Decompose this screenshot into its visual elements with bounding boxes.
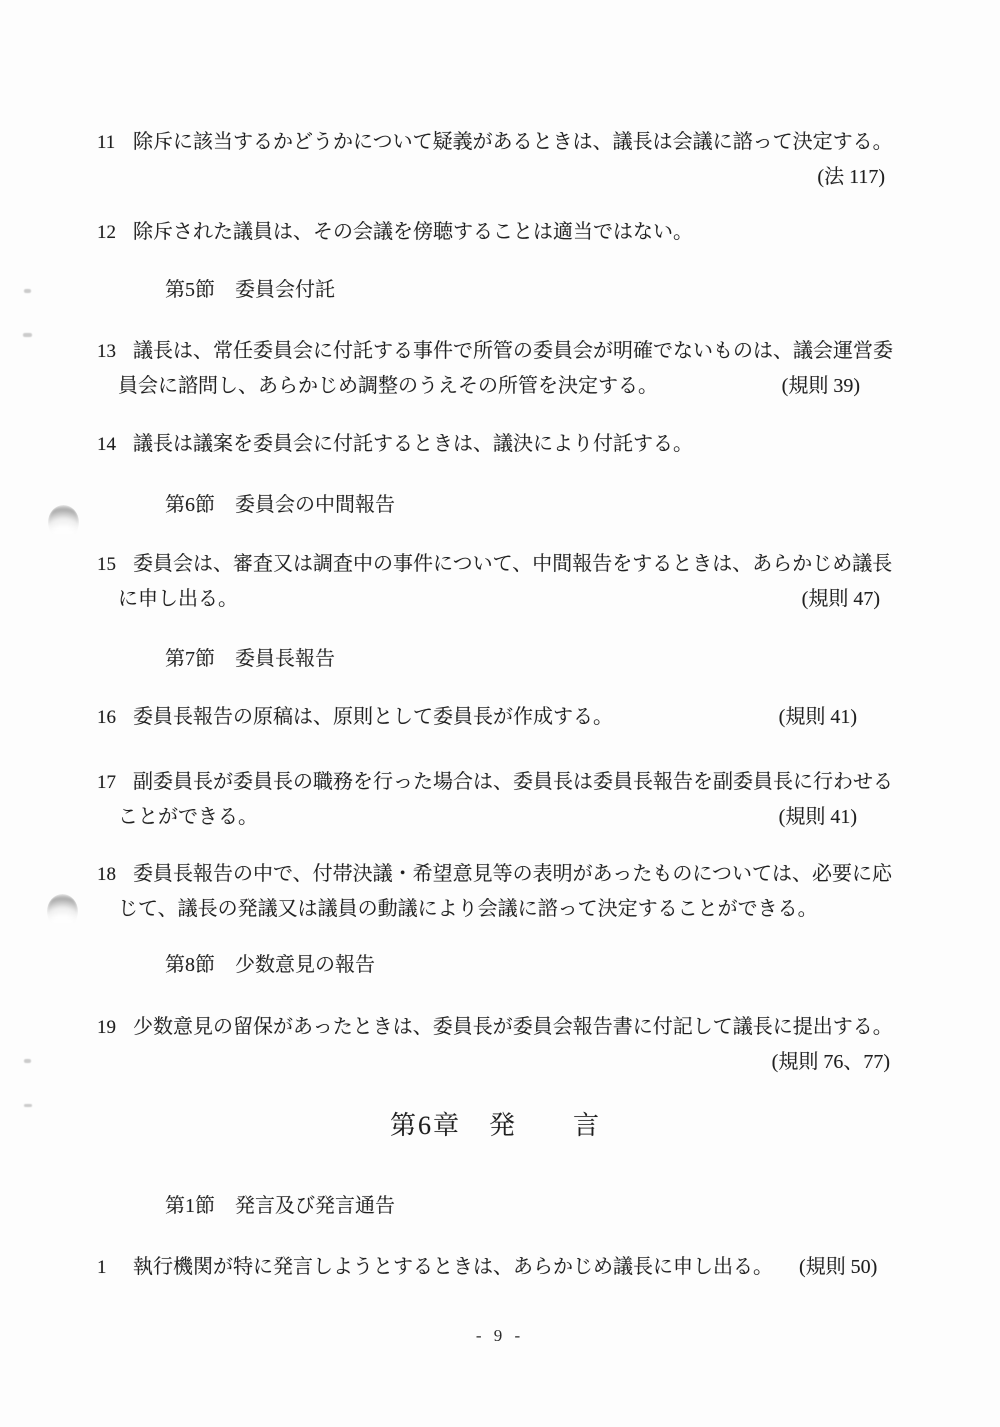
scan-speckle	[24, 1059, 31, 1063]
ref-label: (規則 47)	[802, 582, 880, 617]
item-text: 議長は、常任委員会に付託する事件で所管の委員会が明確でないものは、議会運営委員会…	[118, 340, 893, 397]
punch-hole-shadow	[47, 894, 78, 929]
page-number: - 9 -	[0, 1326, 1000, 1346]
item-text: 委員長報告の中で、付帯決議・希望意見等の表明があったものについては、必要に応じて…	[118, 863, 892, 920]
scanned-document-page: 11除斥に該当するかどうかについて疑義があるときは、議長は会議に諮って決定する。…	[0, 0, 1000, 1427]
item-text: 少数意見の留保があったときは、委員長が委員会報告書に付記して議長に提出する。	[133, 1016, 893, 1038]
item-number: 17	[97, 765, 116, 800]
list-item: 12除斥された議員は、その会議を傍聴することは適当ではない。	[118, 215, 893, 250]
item-text: 副委員長が委員長の職務を行った場合は、委員長は委員長報告を副委員長に行わせること…	[118, 771, 893, 828]
scan-speckle	[24, 1104, 32, 1107]
item-number: 11	[97, 125, 115, 160]
section-heading: 第8節 少数意見の報告	[165, 948, 893, 983]
item-number: 1	[97, 1250, 107, 1285]
ref-label: (規則 76、77)	[772, 1045, 890, 1080]
list-item: 13議長は、常任委員会に付託する事件で所管の委員会が明確でないものは、議会運営委…	[118, 334, 893, 404]
list-item: 14議長は議案を委員会に付託するときは、議決により付託する。	[118, 427, 893, 462]
list-item: 1執行機関が特に発言しようとするときは、あらかじめ議長に申し出る。(規則 50)	[118, 1250, 893, 1285]
list-item: 15委員会は、審査又は調査中の事件について、中間報告をするときは、あらかじめ議長…	[118, 547, 893, 617]
ref-label: (規則 41)	[779, 700, 857, 735]
list-item: 16委員長報告の原稿は、原則として委員長が作成する。 (規則 41)	[118, 700, 893, 735]
section-heading: 第1節 発言及び発言通告	[165, 1189, 893, 1224]
item-text: 執行機関が特に発言しようとするときは、あらかじめ議長に申し出る。	[133, 1256, 773, 1278]
scan-speckle	[24, 289, 31, 293]
item-text: 除斥に該当するかどうかについて疑義があるときは、議長は会議に諮って決定する。	[133, 131, 893, 153]
section-heading: 第7節 委員長報告	[165, 642, 893, 677]
item-number: 18	[97, 857, 116, 892]
list-item: 19少数意見の留保があったときは、委員長が委員会報告書に付記して議長に提出する。…	[118, 1010, 893, 1080]
punch-hole-shadow	[48, 505, 79, 540]
ref-label: (規則 39)	[782, 369, 860, 404]
ref-label: (規則 41)	[779, 800, 857, 835]
section-heading: 第6節 委員会の中間報告	[165, 488, 893, 523]
item-text: 委員会は、審査又は調査中の事件について、中間報告をするときは、あらかじめ議長に申…	[118, 553, 892, 610]
ref-label: (法 117)	[817, 160, 885, 195]
scan-speckle	[23, 333, 32, 337]
list-item: 18委員長報告の中で、付帯決議・希望意見等の表明があったものについては、必要に応…	[118, 857, 893, 927]
ref-label: (規則 50)	[799, 1256, 877, 1278]
document-body: 11除斥に該当するかどうかについて疑義があるときは、議長は会議に諮って決定する。…	[118, 125, 893, 1285]
chapter-heading: 第6章 発 言	[98, 1106, 893, 1146]
item-text: 除斥された議員は、その会議を傍聴することは適当ではない。	[133, 221, 693, 243]
section-heading: 第5節 委員会付託	[165, 273, 893, 308]
list-item: 17副委員長が委員長の職務を行った場合は、委員長は委員長報告を副委員長に行わせる…	[118, 765, 893, 835]
item-number: 14	[97, 427, 116, 462]
item-text: 議長は議案を委員会に付託するときは、議決により付託する。	[133, 433, 693, 455]
item-number: 12	[97, 215, 116, 250]
item-number: 19	[97, 1010, 116, 1045]
list-item: 11除斥に該当するかどうかについて疑義があるときは、議長は会議に諮って決定する。…	[118, 125, 893, 195]
item-text: 委員長報告の原稿は、原則として委員長が作成する。	[133, 706, 613, 728]
item-number: 13	[97, 334, 116, 369]
item-number: 16	[97, 700, 116, 735]
item-number: 15	[97, 547, 116, 582]
